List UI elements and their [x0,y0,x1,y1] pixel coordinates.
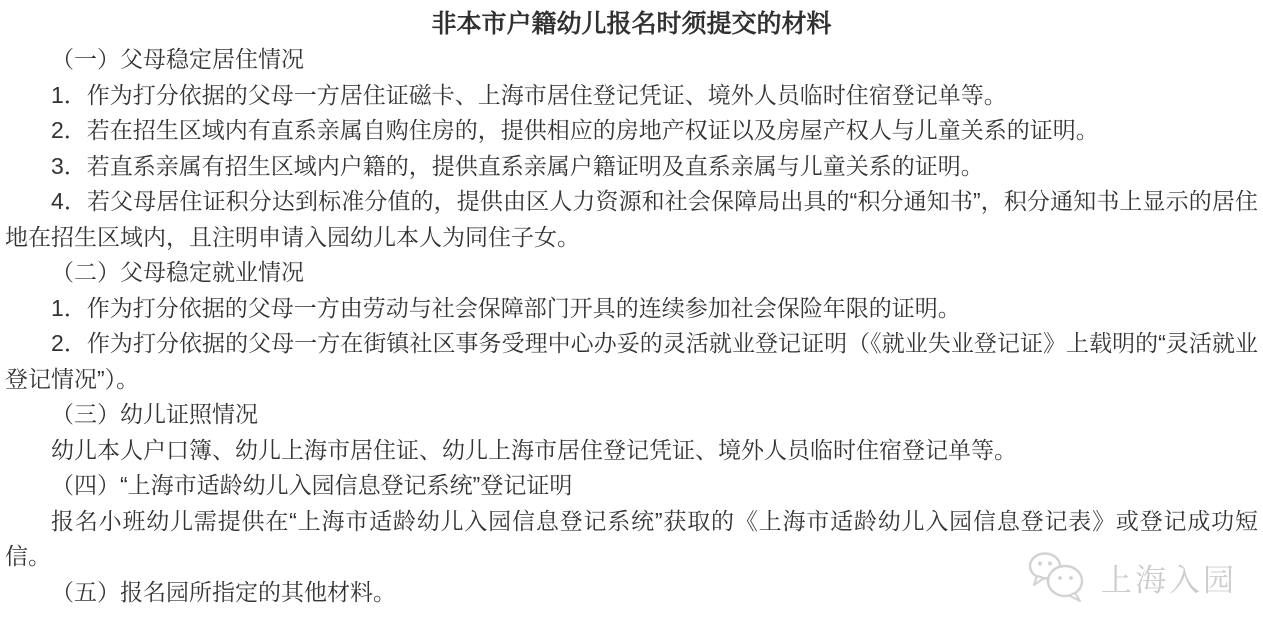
paragraph-12: 报名小班幼儿需提供在“上海市适龄幼儿入园信息登记系统”获取的《上海市适龄幼儿入园… [5,504,1258,575]
document-page: 非本市户籍幼儿报名时须提交的材料 （一）父母稳定居住情况1．作为打分依据的父母一… [0,0,1263,633]
paragraph-11: （四）“上海市适龄幼儿入园信息登记系统”登记证明 [5,468,1258,504]
paragraph-5: 4．若父母居住证积分达到标准分值的，提供由区人力资源和社会保障局出具的“积分通知… [5,184,1258,255]
paragraph-10: 幼儿本人户口簿、幼儿上海市居住证、幼儿上海市居住登记凭证、境外人员临时住宿登记单… [5,433,1258,469]
page-title: 非本市户籍幼儿报名时须提交的材料 [5,6,1258,42]
paragraph-7: 1．作为打分依据的父母一方由劳动与社会保障部门开具的连续参加社会保险年限的证明。 [5,291,1258,327]
paragraph-2: 1．作为打分依据的父母一方居住证磁卡、上海市居住登记凭证、境外人员临时住宿登记单… [5,78,1258,114]
paragraph-9: （三）幼儿证照情况 [5,397,1258,433]
paragraph-4: 3．若直系亲属有招生区域内户籍的，提供直系亲属户籍证明及直系亲属与儿童关系的证明… [5,149,1258,185]
paragraph-3: 2．若在招生区域内有直系亲属自购住房的，提供相应的房地产权证以及房屋产权人与儿童… [5,113,1258,149]
paragraph-1: （一）父母稳定居住情况 [5,42,1258,78]
document-body: （一）父母稳定居住情况1．作为打分依据的父母一方居住证磁卡、上海市居住登记凭证、… [5,42,1258,610]
paragraph-8: 2．作为打分依据的父母一方在街镇社区事务受理中心办妥的灵活就业登记证明（《就业失… [5,326,1258,397]
paragraph-13: （五）报名园所指定的其他材料。 [5,575,1258,611]
paragraph-6: （二）父母稳定就业情况 [5,255,1258,291]
